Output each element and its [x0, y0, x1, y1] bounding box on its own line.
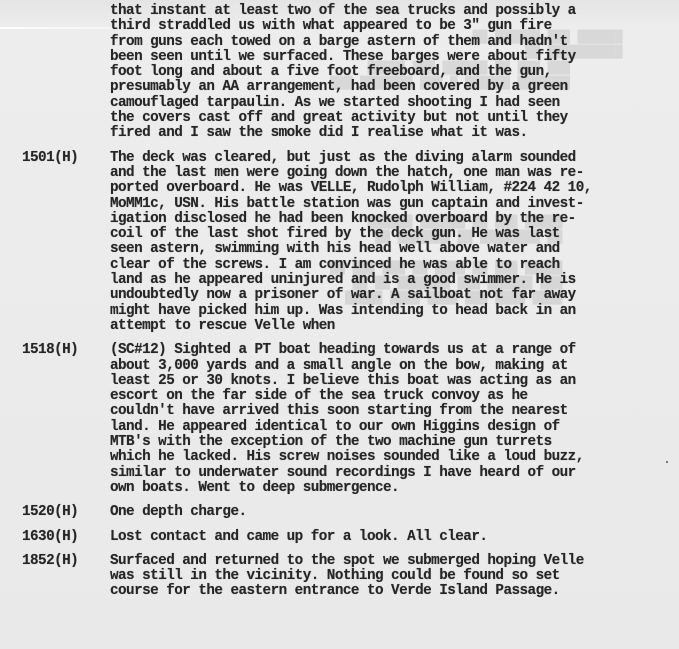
entry-timestamp: 1518(H): [0, 343, 110, 358]
entry-text: Surfaced and returned to the spot we sub…: [110, 554, 679, 600]
log-entry: 1630(H)Lost contact and came up for a lo…: [0, 530, 679, 545]
entry-text-line: presumably an AA arrangement, had been c…: [110, 80, 679, 95]
entry-text: that instant at least two of the sea tru…: [110, 4, 679, 142]
entry-timestamp: 1852(H): [0, 554, 110, 569]
entry-text-line: The deck was cleared, but just as the di…: [110, 151, 679, 166]
log-entry: 1518(H)(SC#12) Sighted a PT boat heading…: [0, 343, 679, 496]
entry-text-line: been seen until we surfaced. These barge…: [110, 50, 679, 65]
entry-text-line: couldn't have arrived this soon starting…: [110, 404, 679, 419]
entry-text-line: that instant at least two of the sea tru…: [110, 4, 679, 19]
entry-text-line: clear of the screws. I am convinced he w…: [110, 258, 679, 273]
log-entry: 1852(H)Surfaced and returned to the spot…: [0, 554, 679, 600]
log-entry: 1501(H)The deck was cleared, but just as…: [0, 151, 679, 335]
stray-ink-mark: [666, 461, 668, 463]
entry-text: The deck was cleared, but just as the di…: [110, 151, 679, 335]
entry-text-line: Surfaced and returned to the spot we sub…: [110, 554, 679, 569]
entry-text-line: land. He appeared identical to our own H…: [110, 420, 679, 435]
entry-text-line: which he lacked. His screw noises sounde…: [110, 450, 679, 465]
log-entry: 1520(H)One depth charge.: [0, 505, 679, 520]
entry-text-line: own boats. Went to deep submergence.: [110, 481, 679, 496]
log-entries: that instant at least two of the sea tru…: [0, 4, 679, 609]
entry-text-line: third straddled us with what appeared to…: [110, 19, 679, 34]
entry-text-line: igation disclosed he had been knocked ov…: [110, 212, 679, 227]
entry-timestamp: 1520(H): [0, 505, 110, 520]
entry-timestamp: 1501(H): [0, 151, 110, 166]
entry-text-line: camouflaged tarpaulin. As we started sho…: [110, 96, 679, 111]
entry-text-line: One depth charge.: [110, 505, 679, 520]
entry-timestamp: 1630(H): [0, 530, 110, 545]
entry-text-line: MoMM1c, USN. His battle station was gun …: [110, 197, 679, 212]
log-entry-continuation: that instant at least two of the sea tru…: [0, 4, 679, 142]
entry-text-line: seen astern, swimming with his head well…: [110, 242, 679, 257]
entry-text-line: and the last men were going down the hat…: [110, 166, 679, 181]
entry-text: (SC#12) Sighted a PT boat heading toward…: [110, 343, 679, 496]
entry-text-line: (SC#12) Sighted a PT boat heading toward…: [110, 343, 679, 358]
entry-text-line: attempt to rescue Velle when: [110, 319, 679, 334]
entry-text-line: least 25 or 30 knots. I believe this boa…: [110, 374, 679, 389]
entry-text-line: about 3,000 yards and a small angle on t…: [110, 359, 679, 374]
entry-text: Lost contact and came up for a look. All…: [110, 530, 679, 545]
entry-text-line: undoubtedly now a prisoner of war. A sai…: [110, 288, 679, 303]
entry-text-line: similar to underwater sound recordings I…: [110, 466, 679, 481]
entry-text-line: fired and I saw the smoke did I realise …: [110, 126, 679, 141]
entry-text-line: might have picked him up. Was intending …: [110, 304, 679, 319]
entry-text-line: from guns each towed on a barge astern o…: [110, 35, 679, 50]
entry-text-line: course for the eastern entrance to Verde…: [110, 584, 679, 599]
entry-text-line: Lost contact and came up for a look. All…: [110, 530, 679, 545]
entry-text-line: ported overboard. He was VELLE, Rudolph …: [110, 181, 679, 196]
entry-text: One depth charge.: [110, 505, 679, 520]
